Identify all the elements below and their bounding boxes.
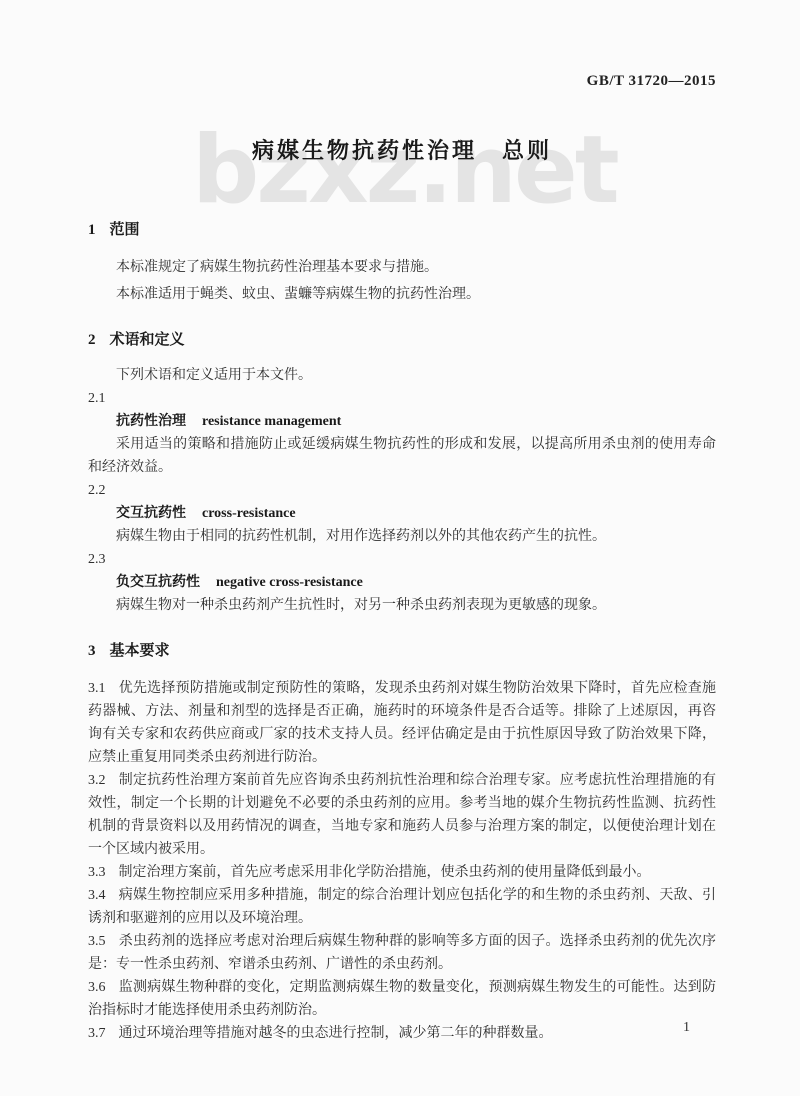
clause-3-2: 3.2制定抗药性治理方案前首先应咨询杀虫药剂抗性治理和综合治理专家。应考虑抗性治… <box>88 769 716 861</box>
section-2-heading: 2术语和定义 <box>88 330 716 350</box>
section-3-heading: 3基本要求 <box>88 641 716 661</box>
term-en: cross-resistance <box>202 506 296 521</box>
clause-number: 3.5 <box>88 934 106 949</box>
term-heading: 负交互抗药性negative cross-resistance <box>116 571 716 594</box>
terms-intro: 下列术语和定义适用于本文件。 <box>88 364 716 387</box>
section-terms: 2术语和定义 下列术语和定义适用于本文件。 2.1 抗药性治理resistanc… <box>88 330 716 617</box>
section-scope: 1范围 本标准规定了病媒生物抗药性治理基本要求与措施。 本标准适用于蝇类、蚊虫、… <box>88 220 716 308</box>
clause-number: 3.7 <box>88 1026 106 1041</box>
document-title: 病媒生物抗药性治理 总则 <box>88 136 716 166</box>
term-zh: 交互抗药性 <box>116 506 186 521</box>
page-content: GB/T 31720—2015 病媒生物抗药性治理 总则 1范围 本标准规定了病… <box>0 0 800 1045</box>
term-heading: 交互抗药性cross-resistance <box>116 502 716 525</box>
clause-3-3: 3.3制定治理方案前，首先应考虑采用非化学防治措施，使杀虫药剂的使用量降低到最小… <box>88 861 716 884</box>
clause-3-1: 3.1优先选择预防措施或制定预防性的策略，发现杀虫药剂对媒生物防治效果下降时，首… <box>88 677 716 769</box>
section-1-number: 1 <box>88 222 96 238</box>
term-id: 2.3 <box>88 548 716 571</box>
clause-text: 通过环境治理等措施对越冬的虫态进行控制，减少第二年的种群数量。 <box>119 1026 553 1041</box>
term-id: 2.1 <box>88 387 716 410</box>
clause-text: 优先选择预防措施或制定预防性的策略，发现杀虫药剂对媒生物防治效果下降时，首先应检… <box>88 681 716 765</box>
section-2-number: 2 <box>88 332 96 348</box>
clause-3-6: 3.6监测病媒生物种群的变化，定期监测病媒生物的数量变化，预测病媒生物发生的可能… <box>88 976 716 1022</box>
section-3-number: 3 <box>88 643 96 659</box>
clause-text: 杀虫药剂的选择应考虑对治理后病媒生物种群的影响等多方面的因子。选择杀虫药剂的优先… <box>88 934 716 972</box>
clause-3-7: 3.7通过环境治理等措施对越冬的虫态进行控制，减少第二年的种群数量。 <box>88 1022 716 1045</box>
section-1-title: 范围 <box>110 222 140 238</box>
term-definition: 病媒生物对一种杀虫药剂产生抗性时，对另一种杀虫药剂表现为更敏感的现象。 <box>88 594 716 617</box>
clause-number: 3.6 <box>88 980 106 995</box>
section-2-title: 术语和定义 <box>110 332 185 348</box>
requirement-clauses: 3.1优先选择预防措施或制定预防性的策略，发现杀虫药剂对媒生物防治效果下降时，首… <box>88 677 716 1045</box>
clause-text: 制定抗药性治理方案前首先应咨询杀虫药剂抗性治理和综合治理专家。应考虑抗性治理措施… <box>88 773 716 857</box>
clause-text: 监测病媒生物种群的变化，定期监测病媒生物的数量变化，预测病媒生物发生的可能性。达… <box>88 980 716 1018</box>
clause-3-4: 3.4病媒生物控制应采用多种措施，制定的综合治理计划应包括化学的和生物的杀虫药剂… <box>88 884 716 930</box>
clause-number: 3.3 <box>88 865 106 880</box>
scope-paragraph: 本标准规定了病媒生物抗药性治理基本要求与措施。 <box>88 254 716 281</box>
term-definition: 采用适当的策略和措施防止或延缓病媒生物抗药性的形成和发展，以提高所用杀虫剂的使用… <box>88 433 716 479</box>
terms-area: 下列术语和定义适用于本文件。 2.1 抗药性治理resistance manag… <box>88 364 716 617</box>
scope-paragraphs: 本标准规定了病媒生物抗药性治理基本要求与措施。 本标准适用于蝇类、蚊虫、蜚蠊等病… <box>88 254 716 308</box>
section-1-heading: 1范围 <box>88 220 716 240</box>
clause-3-5: 3.5杀虫药剂的选择应考虑对治理后病媒生物种群的影响等多方面的因子。选择杀虫药剂… <box>88 930 716 976</box>
term-zh: 负交互抗药性 <box>116 575 200 590</box>
clause-number: 3.1 <box>88 681 106 696</box>
section-requirements: 3基本要求 3.1优先选择预防措施或制定预防性的策略，发现杀虫药剂对媒生物防治效… <box>88 641 716 1045</box>
section-3-title: 基本要求 <box>110 643 170 659</box>
term-en: negative cross-resistance <box>216 575 363 590</box>
term-zh: 抗药性治理 <box>116 414 186 429</box>
standard-code: GB/T 31720—2015 <box>88 72 716 90</box>
clause-text: 制定治理方案前，首先应考虑采用非化学防治措施，使杀虫药剂的使用量降低到最小。 <box>119 865 651 880</box>
clause-text: 病媒生物控制应采用多种措施，制定的综合治理计划应包括化学的和生物的杀虫药剂、天敌… <box>88 888 716 926</box>
scope-paragraph: 本标准适用于蝇类、蚊虫、蜚蠊等病媒生物的抗药性治理。 <box>88 281 716 308</box>
term-definition: 病媒生物由于相同的抗药性机制，对用作选择药剂以外的其他农药产生的抗性。 <box>88 525 716 548</box>
term-heading: 抗药性治理resistance management <box>116 410 716 433</box>
page-number: 1 <box>683 1020 690 1036</box>
document-page: bzxz.net GB/T 31720—2015 病媒生物抗药性治理 总则 1范… <box>0 0 800 1096</box>
term-en: resistance management <box>202 414 341 429</box>
clause-number: 3.4 <box>88 888 106 903</box>
term-id: 2.2 <box>88 479 716 502</box>
clause-number: 3.2 <box>88 773 106 788</box>
